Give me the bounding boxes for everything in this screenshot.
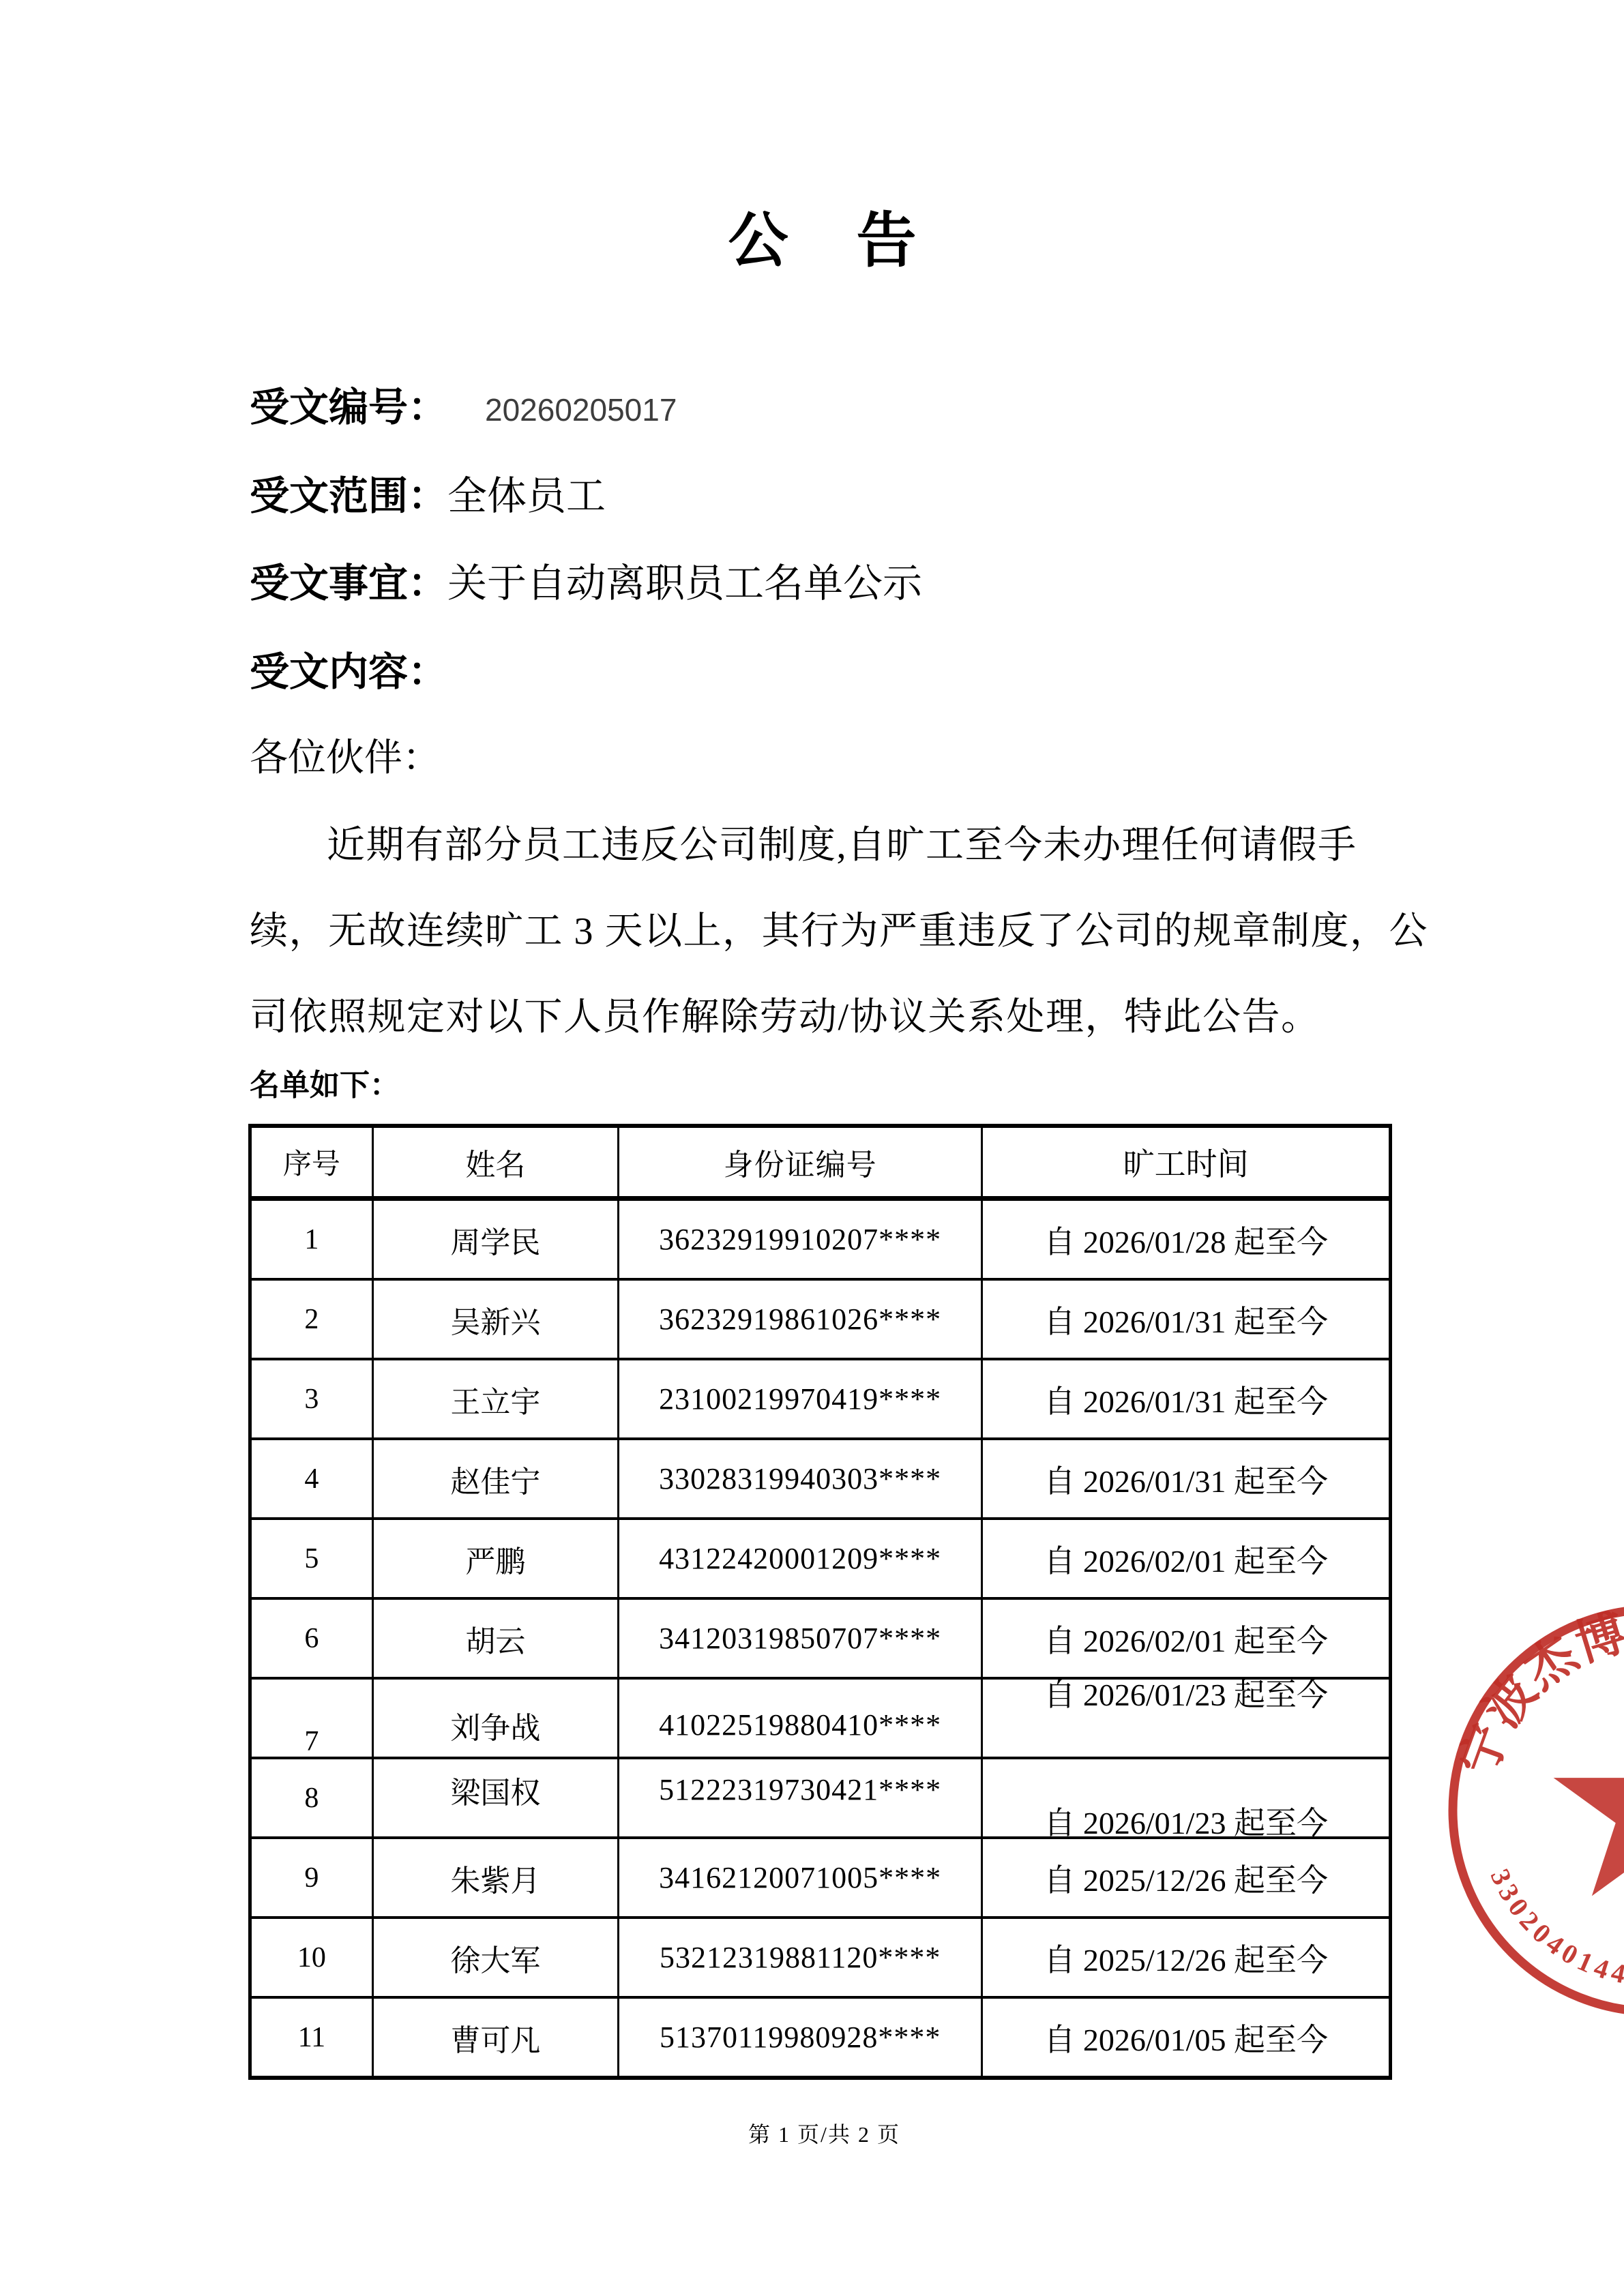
cell-id: 34162120071005****: [659, 1860, 941, 1895]
list-intro: 名单如下：: [250, 1065, 1399, 1106]
cell-id: 43122420001209****: [659, 1541, 941, 1576]
content-label: 受文内容：: [250, 650, 447, 694]
cell-name: 周学民: [450, 1218, 540, 1262]
table-row: 3 王立宇 23100219970419**** 自 2026/01/31 起至…: [252, 1358, 1389, 1437]
cell-period: 自 2026/01/31 起至今: [1044, 1297, 1328, 1342]
body-paragraph-line-1: 近期有部分员工违反公司制度,自旷工至今未办理任何请假手: [250, 818, 1399, 873]
doc-number-value: 20260205017: [485, 392, 677, 428]
header-period: 旷工时间: [981, 1128, 1389, 1196]
table-header-row: 序号 姓名 身份证编号 旷工时间: [252, 1128, 1389, 1201]
cell-seq: 4: [304, 1463, 319, 1495]
table-row: 8 梁国权 51222319730421**** 自 2026/01/23 起至…: [252, 1757, 1389, 1836]
page-title: 公 告: [250, 205, 1399, 280]
cell-name: 王立宇: [450, 1377, 540, 1421]
cell-name: 曹可凡: [450, 2016, 540, 2059]
cell-seq: 5: [304, 1542, 319, 1575]
announcement-page: 公 告 受文编号：20260205017 受文范围：全体员工 受文事宜：关于自动…: [0, 0, 1624, 2296]
cell-name: 徐大军: [450, 1936, 540, 1980]
table-row: 1 周学民 36232919910207**** 自 2026/01/28 起至…: [252, 1201, 1389, 1278]
cell-period: 自 2026/01/23 起至今: [1044, 1670, 1328, 1715]
cell-name: 梁国权: [450, 1768, 540, 1812]
cell-period: 自 2025/12/26 起至今: [1044, 1935, 1328, 1980]
cell-name: 赵佳宁: [450, 1457, 540, 1501]
page-number-footer: 第 1 页/共 2 页: [250, 2117, 1399, 2149]
scope-value: 全体员工: [447, 474, 606, 518]
header-id: 身份证编号: [617, 1128, 981, 1196]
table-row: 5 严鹏 43122420001209**** 自 2026/02/01 起至今: [252, 1517, 1389, 1597]
cell-name: 吴新兴: [450, 1298, 540, 1341]
cell-seq: 1: [304, 1223, 319, 1256]
salutation: 各位伙伴：: [250, 731, 1399, 786]
cell-id: 51370119980928****: [660, 2020, 941, 2055]
cell-id: 23100219970419****: [659, 1382, 941, 1416]
scope-label: 受文范围：: [250, 474, 447, 518]
subject-label: 受文事宜：: [250, 561, 447, 606]
cell-period: 自 2026/02/01 起至今: [1044, 1536, 1328, 1581]
cell-id: 36232919910207****: [659, 1222, 941, 1257]
cell-seq: 3: [304, 1383, 319, 1416]
table-row: 2 吴新兴 36232919861026**** 自 2026/01/31 起至…: [252, 1278, 1389, 1358]
cell-name: 朱紫月: [450, 1856, 540, 1900]
absentee-table: 序号 姓名 身份证编号 旷工时间 1 周学民 36232919910207***…: [248, 1124, 1392, 2080]
cell-seq: 9: [304, 1862, 319, 1894]
seal-company-text: 宁波杰博人: [1451, 1603, 1624, 1783]
cell-id: 33028319940303****: [659, 1461, 941, 1496]
cell-period: 自 2026/01/31 起至今: [1044, 1457, 1328, 1502]
meta-line-scope: 受文范围：全体员工: [250, 469, 1399, 524]
cell-period: 自 2026/01/31 起至今: [1044, 1377, 1328, 1422]
cell-id: 34120319850707****: [659, 1621, 941, 1656]
subject-value: 关于自动离职员工名单公示: [447, 561, 922, 606]
header-name: 姓名: [372, 1128, 617, 1196]
cell-period: 自 2026/01/23 起至今: [1044, 1798, 1328, 1843]
cell-period: 自 2026/01/28 起至今: [1044, 1217, 1328, 1262]
cell-seq: 8: [304, 1782, 319, 1815]
cell-name: 刘争战: [450, 1703, 540, 1747]
table-row: 10 徐大军 53212319881120**** 自 2025/12/26 起…: [252, 1916, 1389, 1996]
table-row: 11 曹可凡 51370119980928**** 自 2026/01/05 起…: [252, 1996, 1389, 2076]
cell-seq: 7: [304, 1725, 319, 1758]
cell-id: 51222319730421****: [659, 1772, 941, 1807]
seal-star-icon: [1554, 1705, 1624, 1896]
table-row: 4 赵佳宁 33028319940303**** 自 2026/01/31 起至…: [252, 1437, 1389, 1517]
cell-id: 41022519880410****: [659, 1708, 941, 1742]
cell-id: 36232919861026****: [659, 1302, 941, 1337]
meta-line-content: 受文内容：: [250, 645, 1399, 700]
meta-line-doc-number: 受文编号：20260205017: [250, 381, 1399, 437]
cell-name: 胡云: [465, 1617, 525, 1660]
table-row: 7 刘争战 41022519880410**** 自 2026/01/23 起至…: [252, 1677, 1389, 1757]
cell-seq: 10: [297, 1941, 326, 1974]
header-seq: 序号: [252, 1128, 372, 1196]
cell-period: 自 2026/01/05 起至今: [1044, 2015, 1328, 2060]
table-row: 6 胡云 34120319850707**** 自 2026/02/01 起至今: [252, 1597, 1389, 1677]
cell-period: 自 2026/02/01 起至今: [1044, 1616, 1328, 1661]
body-paragraph-line-3: 司依照规定对以下人员作解除劳动/协议关系处理，特此公告。: [250, 990, 1399, 1045]
cell-id: 53212319881120****: [660, 1940, 941, 1975]
cell-name: 严鹏: [465, 1537, 525, 1581]
cell-period: 自 2025/12/26 起至今: [1044, 1855, 1328, 1900]
body-paragraph-line-2: 续，无故连续旷工 3 天以上，其行为严重违反了公司的规章制度，公: [250, 904, 1399, 959]
meta-line-subject: 受文事宜：关于自动离职员工名单公示: [250, 556, 1399, 611]
cell-seq: 6: [304, 1622, 319, 1655]
cell-seq: 2: [304, 1303, 319, 1336]
company-seal: 宁波杰博人 3302040144565: [1398, 1562, 1624, 2066]
doc-number-label: 受文编号：: [250, 385, 447, 430]
cell-seq: 11: [298, 2021, 325, 2054]
table-row: 9 朱紫月 34162120071005**** 自 2025/12/26 起至…: [252, 1836, 1389, 1916]
